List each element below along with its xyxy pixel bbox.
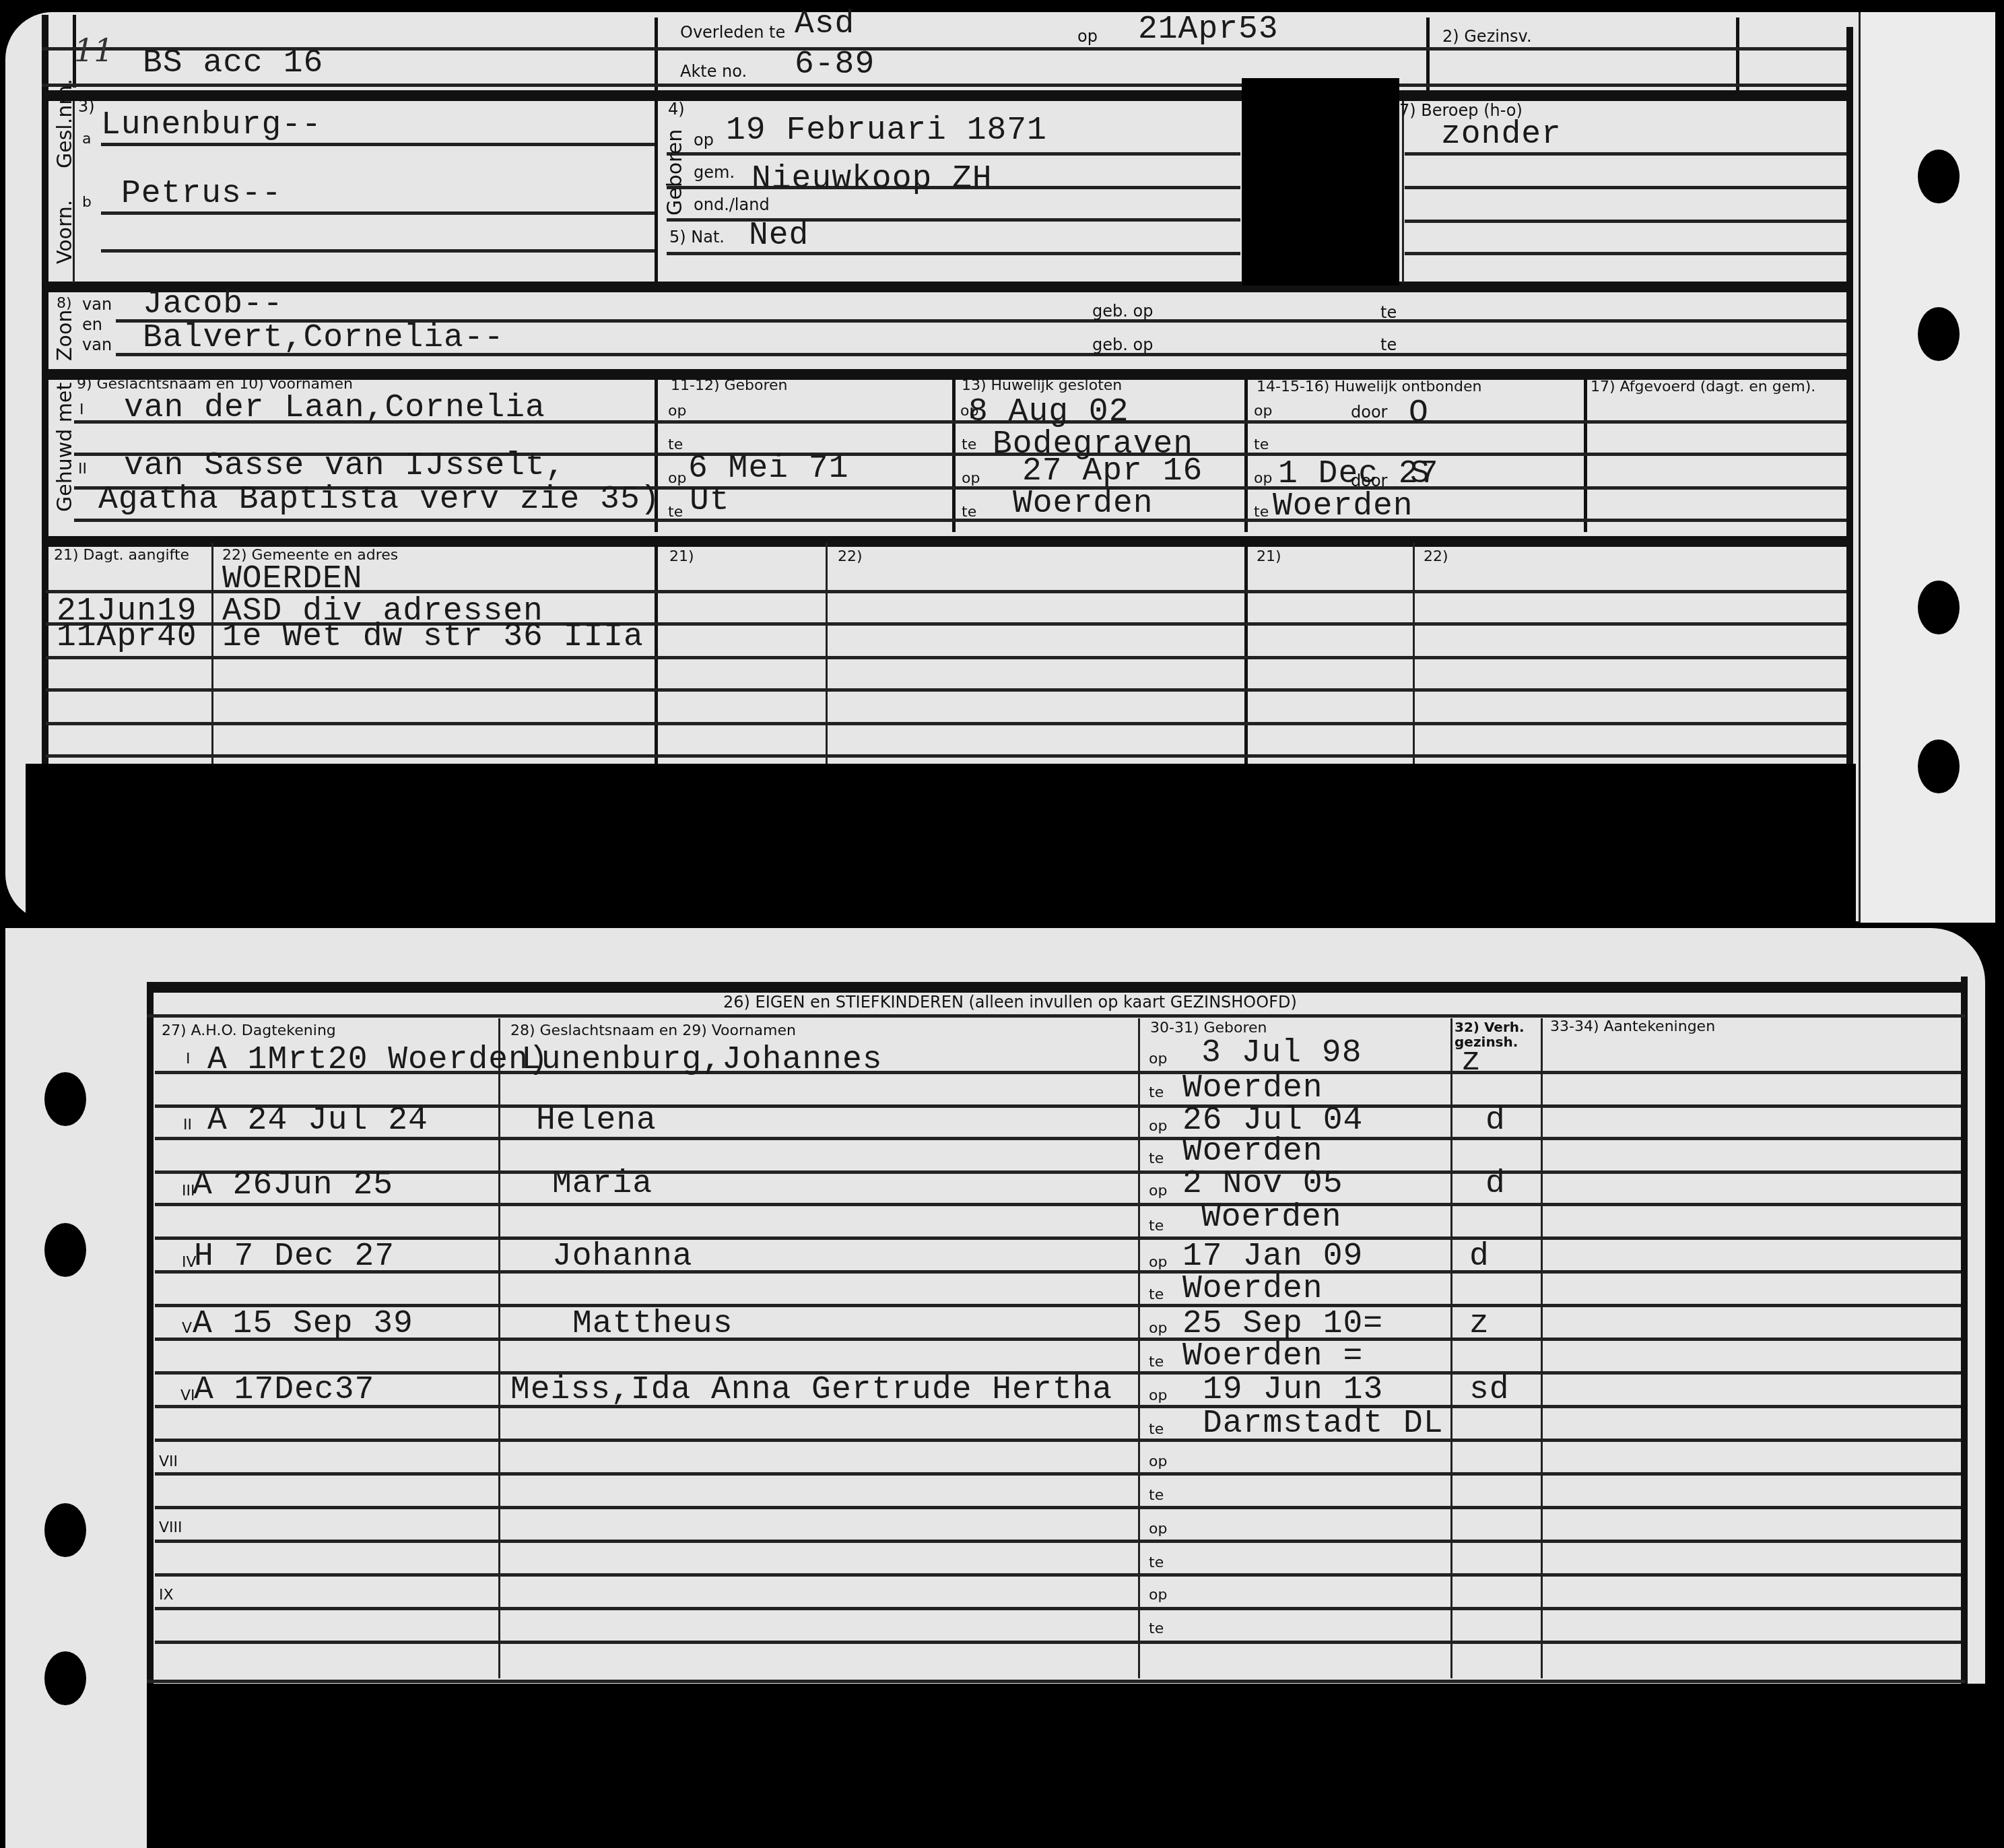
child-verh: z [1461, 1045, 1481, 1078]
given-names: Petrus-- [121, 178, 281, 210]
gezinsv-label: 2) Gezinsv. [1442, 28, 1532, 44]
en-label: en [82, 317, 102, 333]
child-aho: A 24 Jul 24 [207, 1104, 428, 1137]
child-name: Maria [552, 1168, 653, 1200]
child-aho: A 17Dec37 [194, 1374, 374, 1406]
rule [147, 1014, 1965, 1018]
rule [155, 1439, 1961, 1442]
rule [42, 84, 1846, 87]
address-entry: 1e Wet dw str 36 IIIa [222, 621, 644, 653]
divider [1450, 1018, 1452, 1678]
rule [46, 688, 1846, 692]
children-section-title: 26) EIGEN en STIEFKINDEREN (alleen invul… [723, 994, 1297, 1010]
father-geb-op-label: geb. op [1092, 303, 1153, 319]
child-verh: sd [1469, 1374, 1510, 1406]
gehuwd-met-side-label: Gehuwd met [55, 383, 75, 512]
rule [155, 1304, 1961, 1307]
punch-hole-icon [1918, 581, 1960, 634]
child-born-date: 17 Jan 09 [1182, 1241, 1363, 1273]
dissolved-door-label: door [1351, 404, 1387, 420]
divider [826, 543, 828, 765]
divider [211, 543, 213, 765]
address-col-address-3: 22) [1424, 550, 1448, 564]
rule [155, 1506, 1961, 1509]
child-numeral: I [186, 1052, 191, 1067]
marriage-col-married: 13) Huwelijk gesloten [962, 378, 1122, 393]
born-op-label: op [668, 404, 686, 419]
rule [74, 519, 1846, 522]
rule [1405, 252, 1846, 255]
divider [1244, 543, 1248, 765]
dissolved-door-label: door [1351, 473, 1387, 489]
rule-thick [147, 982, 1965, 993]
marriage-col-deported: 17) Afgevoerd (dagt. en gem). [1591, 380, 1815, 395]
mother-te-label: te [1380, 337, 1397, 353]
parents-section-num: 8) [57, 296, 72, 311]
address-col-date-2: 21) [669, 550, 694, 564]
marriage-numeral: I [79, 403, 84, 418]
child-op-label: op [1149, 1119, 1167, 1134]
zoon-side-label: Zoon [55, 310, 75, 361]
child-verh: d [1485, 1104, 1506, 1137]
child-aho: A 26Jun 25 [193, 1169, 393, 1201]
married-op-label: op [962, 471, 980, 486]
child-te-label: te [1149, 1622, 1164, 1637]
born-te-label: te [668, 438, 683, 453]
dissolved-by: O [1409, 397, 1429, 430]
child-op-label: op [1149, 1588, 1167, 1603]
child-aho: A 15 Sep 39 [193, 1308, 413, 1340]
married-te-label: te [962, 505, 976, 520]
a-label: a [82, 132, 91, 147]
mother-name: Balvert,Cornelia-- [143, 322, 504, 354]
child-numeral: IX [159, 1588, 174, 1603]
address-col-date-3: 21) [1257, 550, 1281, 564]
address-col-date: 21) Dagt. aangifte [54, 548, 189, 563]
child-verh: d [1469, 1241, 1490, 1273]
handwritten-mark: 11 [74, 32, 114, 69]
child-op-label: op [1149, 1321, 1167, 1336]
divider [1402, 101, 1404, 283]
names-section-num: 3) [78, 98, 95, 114]
address-date: 11Apr40 [57, 621, 197, 653]
birth-date: 19 Februari 1871 [726, 114, 1047, 147]
frame-left [147, 983, 154, 1684]
child-born-date: 25 Sep 10= [1182, 1308, 1383, 1340]
rule [155, 1472, 1961, 1476]
divider-header [1426, 18, 1430, 93]
rule-thick [42, 90, 1846, 101]
rule [155, 1573, 1961, 1577]
child-numeral: VII [159, 1455, 178, 1470]
rule [155, 1203, 1961, 1206]
redacted-region [1242, 78, 1399, 286]
child-numeral: II [183, 1118, 192, 1133]
dissolved-te-label: te [1254, 505, 1269, 520]
rule [155, 1270, 1961, 1274]
child-op-label: op [1149, 1389, 1167, 1404]
divider-header [655, 18, 658, 287]
death-date: 21Apr53 [1138, 13, 1279, 46]
child-born-date: 26 Jul 04 [1182, 1104, 1363, 1137]
nat-label: 5) Nat. [669, 229, 725, 245]
child-verh: z [1469, 1308, 1490, 1340]
child-op-label: op [1149, 1052, 1167, 1067]
child-born-date: 3 Jul 98 [1201, 1037, 1362, 1069]
married-place: Woerden [1013, 488, 1154, 520]
child-te-label: te [1149, 1556, 1164, 1571]
child-te-label: te [1149, 1086, 1164, 1100]
child-op-label: op [1149, 1522, 1167, 1537]
rule [46, 754, 1846, 758]
married-date: 27 Apr 16 [1022, 455, 1203, 488]
rule [101, 249, 655, 253]
born-op-label: op [668, 471, 686, 486]
voorn-label: Voorn. [55, 200, 75, 264]
child-te-label: te [1149, 1219, 1164, 1234]
spouse-name-cont: Agatha Baptista verv zie 35) [98, 484, 661, 516]
child-born-place: Woerden = [1182, 1340, 1363, 1373]
b-label: b [82, 195, 92, 210]
dissolved-op-label: op [1254, 404, 1272, 419]
rule [155, 1338, 1961, 1341]
child-numeral: V [182, 1321, 192, 1336]
punch-hole-icon [44, 1651, 86, 1705]
child-te-label: te [1149, 1488, 1164, 1503]
child-born-place: Woerden [1201, 1201, 1342, 1234]
rule [155, 1540, 1961, 1543]
spouse-name: van Sasse van IJsselt, [124, 450, 566, 482]
gem-label: gem. [694, 164, 735, 180]
divider [498, 1018, 500, 1678]
occupation-value: zonder [1441, 119, 1562, 151]
child-te-label: te [1149, 1355, 1164, 1370]
child-aho: H 7 Dec 27 [194, 1241, 395, 1273]
child-born-place: Darmstadt DL [1203, 1408, 1444, 1440]
divider-header [1736, 18, 1739, 93]
child-name: Helena [536, 1104, 657, 1137]
child-name: Mattheus [572, 1308, 733, 1340]
dissolved-by: S [1410, 458, 1430, 490]
frame-right [1961, 977, 1968, 1684]
dissolved-op-label: op [1254, 471, 1272, 486]
punch-hole-icon [44, 1503, 86, 1557]
child-born-date: 2 Nov 05 [1182, 1168, 1343, 1200]
rule-thick [42, 536, 1846, 547]
child-op-label: op [1149, 1455, 1167, 1470]
child-op-label: op [1149, 1255, 1167, 1270]
married-te-label: te [962, 438, 976, 453]
child-born-place: Woerden [1182, 1072, 1323, 1104]
geboren-side-label: Geboren [665, 129, 686, 216]
ond-land-label: ond./land [694, 197, 770, 213]
akte-label: Akte no. [680, 63, 747, 79]
rule [155, 1236, 1961, 1240]
punch-hole-icon [44, 1072, 86, 1126]
van2-label: van [82, 337, 112, 353]
nationality: Ned [749, 220, 809, 252]
rule [155, 1641, 1961, 1644]
divider [1413, 543, 1415, 765]
col-born: 30-31) Geboren [1150, 1021, 1267, 1036]
col-names: 28) Geslachtsnaam en 29) Voornamen [510, 1024, 796, 1038]
child-born-place: Woerden [1182, 1273, 1323, 1305]
rule [1405, 220, 1846, 223]
rule [155, 1607, 1961, 1610]
rule [147, 1680, 1965, 1683]
rule [46, 722, 1846, 725]
rule [667, 152, 1240, 156]
father-te-label: te [1380, 304, 1397, 321]
rule [155, 1170, 1961, 1174]
col-aho: 27) A.H.O. Dagtekening [162, 1024, 336, 1038]
spouse-born-place: Ut [690, 485, 730, 517]
child-verh: d [1485, 1168, 1506, 1200]
rule [46, 656, 1846, 659]
mother-geb-op-label: geb. op [1092, 337, 1153, 353]
child-te-label: te [1149, 1288, 1164, 1302]
divider [1541, 1018, 1543, 1678]
child-born-place: Woerden [1182, 1135, 1323, 1168]
van-label: van [82, 296, 112, 312]
rule [1405, 186, 1846, 189]
spouse-born-date: 6 Mei 71 [688, 453, 848, 485]
divider [655, 543, 658, 765]
married-date: 8 Aug 02 [968, 396, 1129, 428]
father-name: Jacob-- [143, 288, 283, 321]
death-place: Asd [795, 8, 855, 40]
born-te-label: te [668, 505, 683, 520]
child-name: Johanna [552, 1241, 693, 1273]
birth-place: Nieuwkoop ZH [751, 163, 993, 195]
dissolved-place: Woerden [1273, 490, 1413, 523]
child-te-label: te [1149, 1152, 1164, 1166]
overleden-label: Overleden te [680, 24, 785, 40]
reference-code: BS acc 16 [143, 47, 323, 79]
punch-hole-icon [1918, 150, 1960, 203]
marriage-col-dissolved: 14-15-16) Huwelijk ontbonden [1257, 380, 1481, 395]
gesl-nm-label: Gesl.nm. [55, 79, 75, 168]
child-te-label: te [1149, 1422, 1164, 1437]
redacted-region [26, 764, 1856, 925]
child-name: Meiss,Ida Anna Gertrude Hertha [510, 1374, 1112, 1406]
col-notes: 33-34) Aantekeningen [1550, 1020, 1715, 1034]
dissolved-te-label: te [1254, 438, 1269, 453]
address-entry: WOERDEN [222, 563, 363, 595]
spouse-name: van der Laan,Cornelia [124, 392, 545, 424]
child-numeral: VI [180, 1389, 195, 1404]
child-op-label: op [1149, 1184, 1167, 1199]
marriage-numeral: II [78, 462, 87, 477]
child-born-date: 19 Jun 13 [1203, 1374, 1383, 1406]
child-aho: A 1Mrt20 Woerden) [207, 1044, 549, 1076]
death-op-label: op [1077, 28, 1098, 44]
divider [1138, 1018, 1140, 1678]
birth-op-label: op [694, 132, 714, 148]
akte-number: 6-89 [795, 48, 875, 81]
punch-hole-icon [44, 1223, 86, 1277]
surname: Lunenburg-- [101, 109, 322, 141]
rule-thick [42, 282, 1846, 292]
birth-section-num: 4) [668, 101, 685, 117]
child-numeral: VIII [159, 1521, 182, 1536]
frame-right [1846, 27, 1853, 768]
child-name: Lunenburg,Johannes [521, 1044, 882, 1076]
address-col-address-2: 22) [838, 550, 863, 564]
punch-hole-icon [1918, 739, 1960, 793]
punch-hole-icon [1918, 307, 1960, 361]
redacted-region [147, 1684, 2004, 1848]
marriage-col-born: 11-12) Geboren [671, 378, 788, 393]
